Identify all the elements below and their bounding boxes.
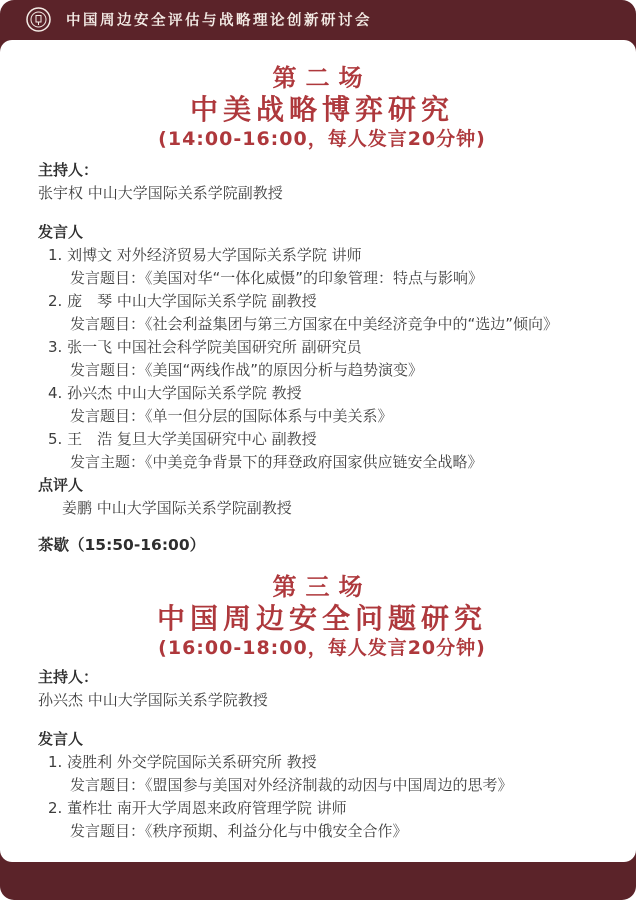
speaker-topic: 发言题目：《盟国参与美国对外经济制裁的动因与中国周边的思考》: [38, 774, 606, 797]
speaker-topic: 发言题目：《美国“两线作战”的原因分析与趋势演变》: [38, 359, 606, 382]
session3-time: (16:00-18:00，每人发言20分钟): [38, 636, 606, 660]
session2-speakers-label: 发言人: [38, 221, 606, 244]
commentator-name: 姜鹏 中山大学国际关系学院副教授: [38, 497, 606, 520]
speaker-item: 2. 董柞壮 南开大学周恩来政府管理学院 讲师: [38, 797, 606, 820]
session3-host-label: 主持人：: [38, 666, 606, 689]
tea-break: 茶歇（15:50-16:00）: [38, 534, 606, 557]
speaker-topic: 发言题目：《秩序预期、利益分化与中俄安全合作》: [38, 820, 606, 843]
page-frame: 中国周边安全评估与战略理论创新研讨会 第二场 中美战略博弈研究 (14:00-1…: [0, 0, 636, 900]
speaker-item: 1. 凌胜利 外交学院国际关系研究所 教授: [38, 751, 606, 774]
speaker-item: 5. 王 浩 复旦大学美国研究中心 副教授: [38, 428, 606, 451]
speaker-topic: 发言题目：《美国对华“一体化威慑”的印象管理：特点与影响》: [38, 267, 606, 290]
session3-host-name: 孙兴杰 中山大学国际关系学院教授: [38, 689, 606, 712]
conference-title: 中国周边安全评估与战略理论创新研讨会: [66, 9, 372, 30]
session3-title: 中国周边安全问题研究: [38, 602, 606, 636]
session2-time: (14:00-16:00，每人发言20分钟): [38, 127, 606, 151]
speaker-item: 4. 孙兴杰 中山大学国际关系学院 教授: [38, 382, 606, 405]
session2-host-label: 主持人：: [38, 159, 606, 182]
session2-label: 第二场: [38, 64, 606, 93]
program-content: 第二场 中美战略博弈研究 (14:00-16:00，每人发言20分钟) 主持人：…: [0, 40, 636, 843]
speaker-topic: 发言题目：《单一但分层的国际体系与中美关系》: [38, 405, 606, 428]
session3-label: 第三场: [38, 573, 606, 602]
session3-speakers-label: 发言人: [38, 728, 606, 751]
header-bar: 中国周边安全评估与战略理论创新研讨会: [0, 0, 636, 40]
university-seal-icon: [26, 7, 51, 32]
program-page: 第二场 中美战略博弈研究 (14:00-16:00，每人发言20分钟) 主持人：…: [0, 40, 636, 862]
footer-bar: [0, 862, 636, 900]
session2-heading: 第二场 中美战略博弈研究 (14:00-16:00，每人发言20分钟): [38, 64, 606, 151]
speaker-item: 1. 刘博文 对外经济贸易大学国际关系学院 讲师: [38, 244, 606, 267]
speaker-item: 3. 张一飞 中国社会科学院美国研究所 副研究员: [38, 336, 606, 359]
speaker-topic: 发言题目：《社会利益集团与第三方国家在中美经济竞争中的“选边”倾向》: [38, 313, 606, 336]
commentator-label: 点评人: [38, 474, 606, 497]
speaker-item: 2. 庞 琴 中山大学国际关系学院 副教授: [38, 290, 606, 313]
speaker-topic: 发言主题：《中美竞争背景下的拜登政府国家供应链安全战略》: [38, 451, 606, 474]
session3-heading: 第三场 中国周边安全问题研究 (16:00-18:00，每人发言20分钟): [38, 573, 606, 660]
session2-title: 中美战略博弈研究: [38, 93, 606, 127]
session2-host-name: 张宇权 中山大学国际关系学院副教授: [38, 182, 606, 205]
